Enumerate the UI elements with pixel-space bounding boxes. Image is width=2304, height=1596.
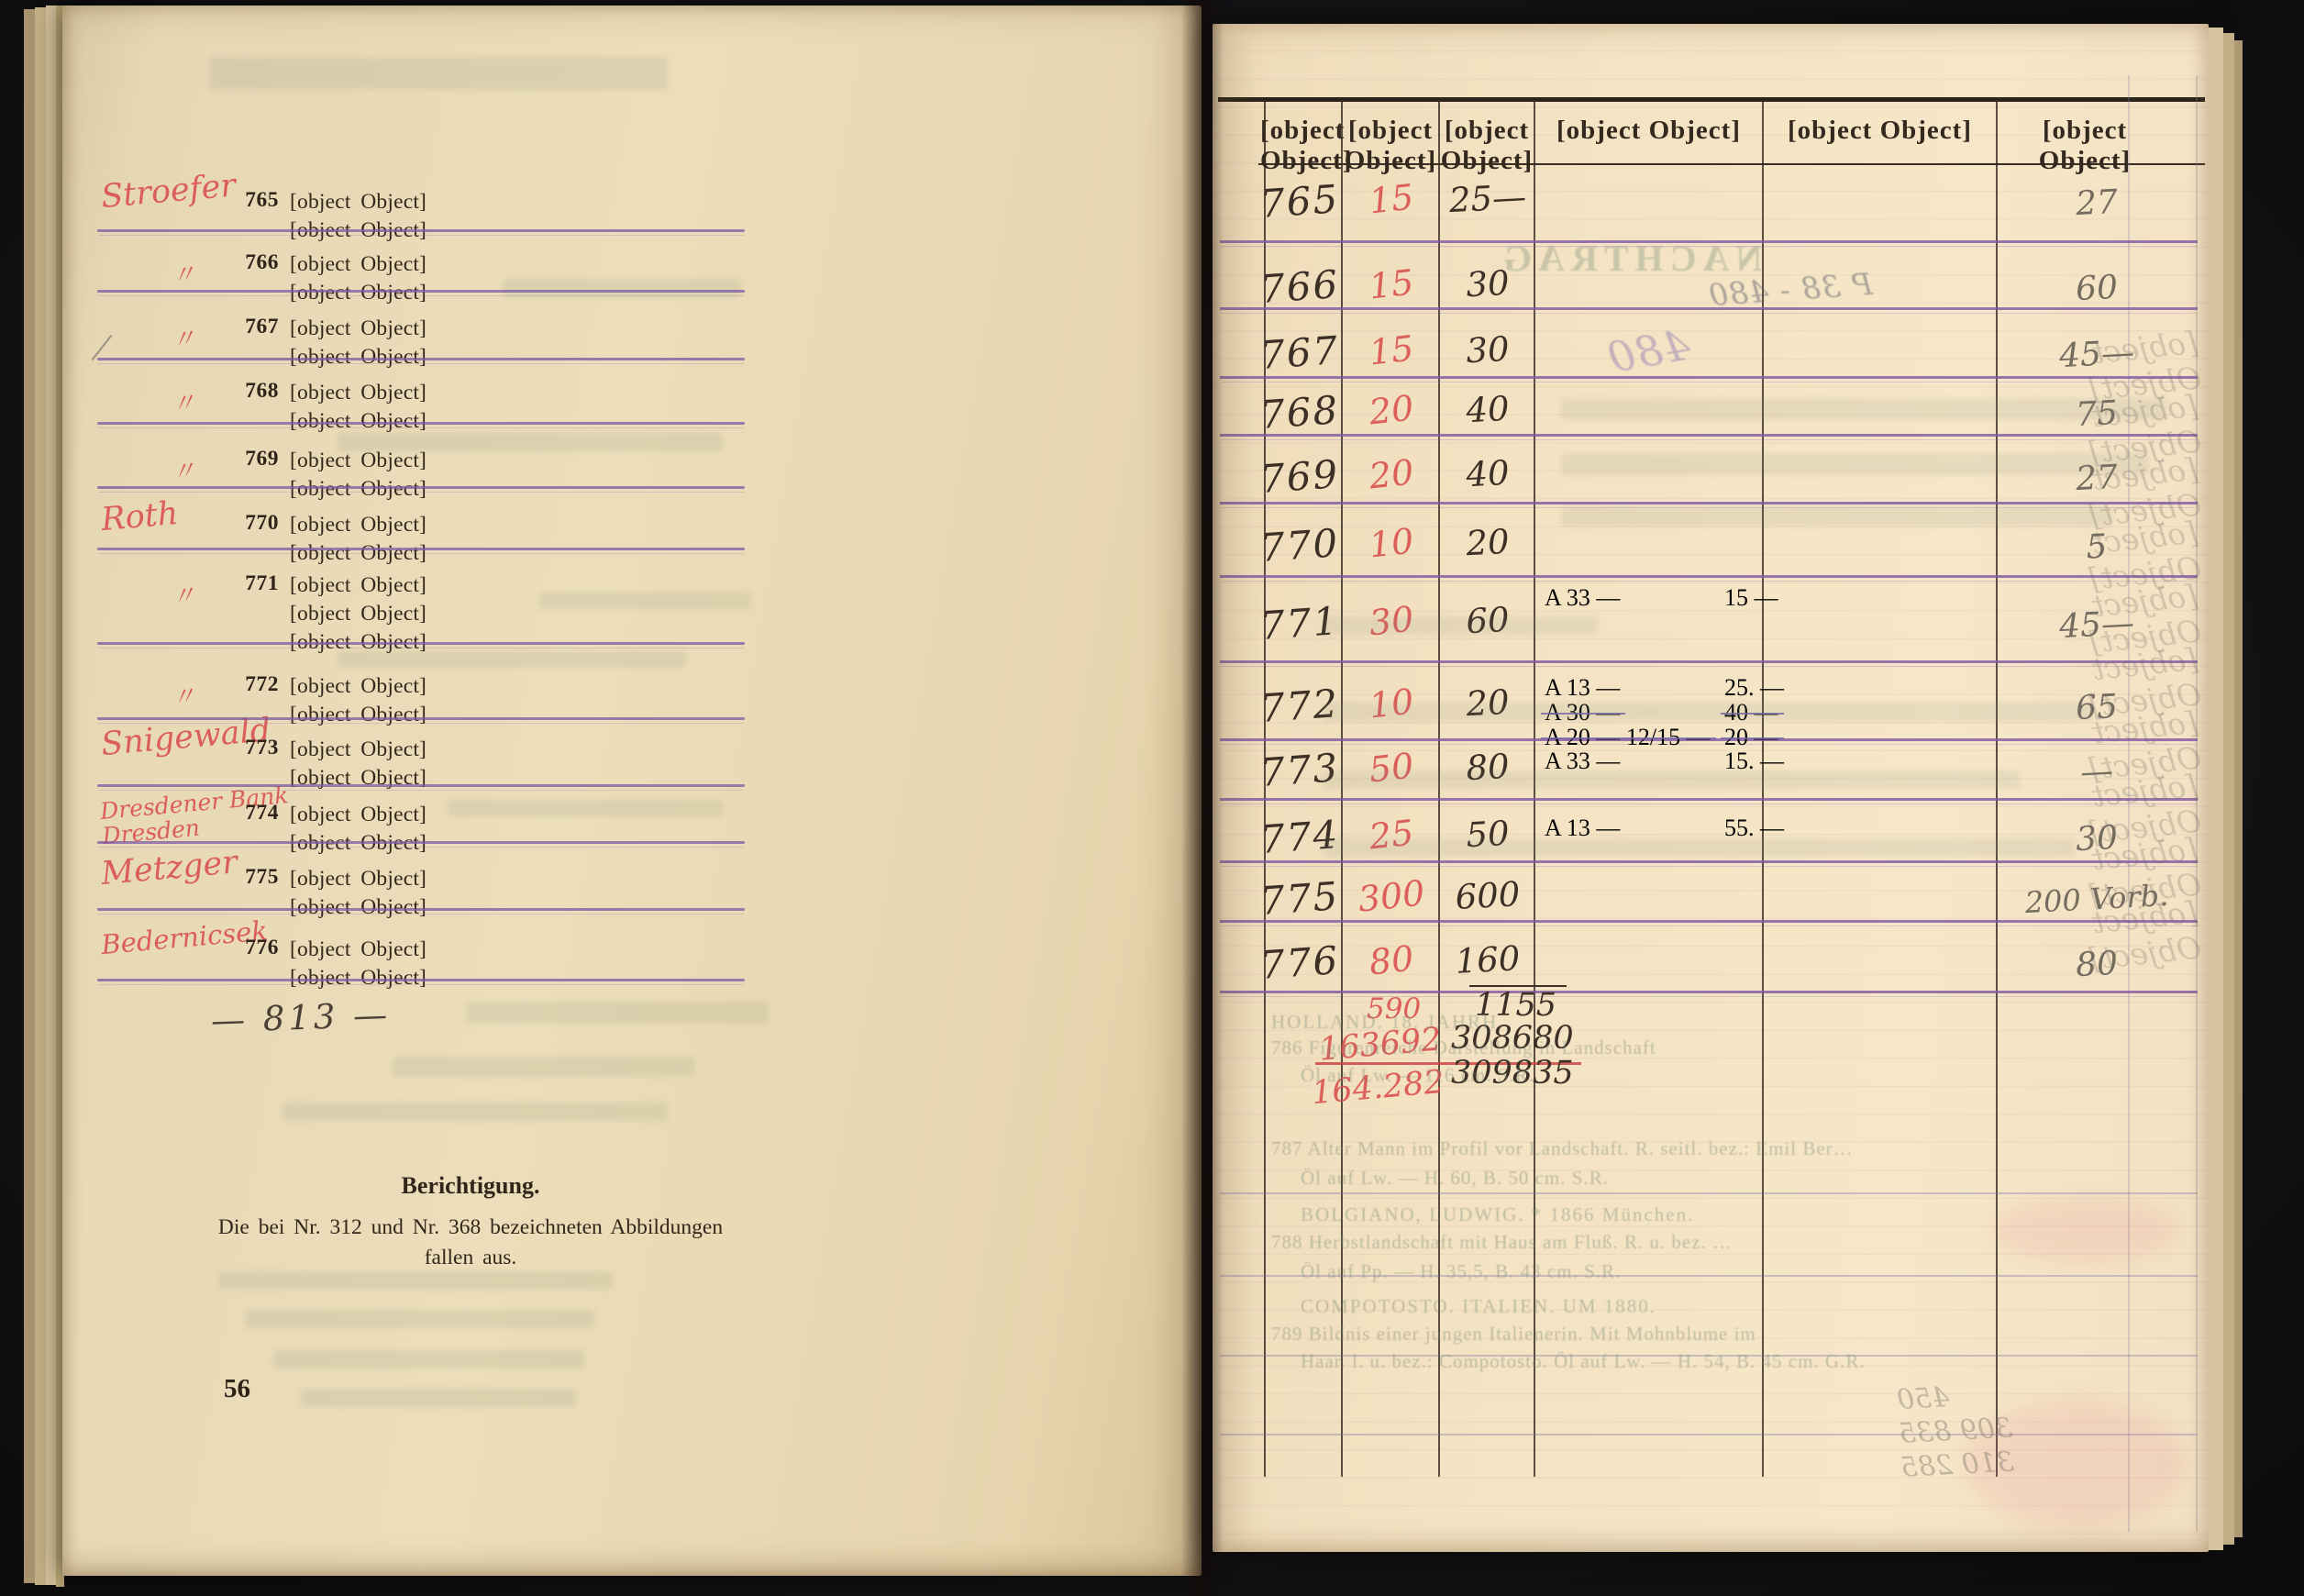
lot-number: 772 [231,672,279,697]
ink-separator [97,229,745,232]
order-bid-line: A 30 — 40 — [1545,701,1847,726]
total-limit-grand: 164.282 [1311,1064,1446,1112]
ledger-row: 771 30 60 A 33 — 15 — 45— [1213,601,2209,669]
lot-number: 773 [231,736,279,760]
ledger-page-right: [object Object][object Object][object Ob… [1213,24,2209,1552]
bleedthrough-lot-number: [object Object] [2132,894,2203,972]
lot-description: [object Object][object Object] [290,188,785,245]
cell-limit: 25 [1346,810,1436,859]
cell-estimate: 30 [1443,262,1533,306]
cell-lot-number: 772 [1258,681,1340,731]
lot-number: 767 [231,315,279,339]
bleedthrough-smudge [539,593,750,609]
auction-catalog-book-photo: Stroefer 765 [object Object][object Obje… [0,0,2304,1596]
row-separator [1220,307,2198,310]
order-bid-line: A 33 — 15. — [1545,749,1847,774]
cell-estimate: 50 [1443,813,1533,857]
lot-description: [object Object][object Object] [290,736,785,792]
bleedthrough-lot-number: [object Object] [2132,388,2203,466]
column-header: [object Object] [1998,116,2172,176]
total-estimate-page: 1155 [1475,987,1556,1024]
bleedthrough-text-line: Öl auf Pp. — H. 35,5, B. 43 cm. S.R. [1301,1260,1621,1283]
lot-description-line: [object Object] [290,279,785,307]
lot-description-line: [object Object] [290,736,785,764]
cell-estimate: 20 [1443,521,1533,565]
buyer-annotation: Metzger [100,842,294,890]
cell-limit: 15 [1346,326,1436,375]
ledger-row: 770 10 20 5 [1213,523,2209,591]
bleedthrough-text-line: BOLGIANO, LUDWIG. * 1866 München. [1301,1203,1694,1226]
total-estimate-grand: 309835 [1451,1055,1574,1092]
bleedthrough-smudge [503,279,741,297]
lot-number: 768 [231,379,279,404]
ink-separator [97,979,745,981]
lot-number: 769 [231,447,279,471]
buyer-annotation: 〃 [170,364,365,422]
lot-description: [object Object][object Object] [290,672,785,729]
bleedthrough-text-line: HOLLAND. 18. JAHRH. [1271,1011,1504,1034]
cell-lot-number: 765 [1258,176,1340,227]
lot-description-line: [object Object] [290,343,785,371]
lot-description-line: [object Object] [290,936,785,964]
order-code: A 13 — [1545,676,1620,700]
ledger-row: 776 80 160 80 [1213,940,2209,1008]
cell-hammer-price: 65 [2013,684,2180,730]
cell-limit: 20 [1346,449,1436,499]
order-bid-line: A 33 — 15 — [1545,586,1847,611]
lot-number: 776 [231,936,279,960]
row-separator [1220,240,2198,243]
ledger-ruling [2196,75,2198,1532]
correction-title: Berichtigung. [172,1172,769,1200]
bleedthrough-smudge [301,1389,576,1407]
lot-number: 765 [231,188,279,213]
ledger-row: 773 50 80 A 33 — 15. — — [1213,748,2209,815]
lot-description-line: [object Object] [290,315,785,343]
cell-estimate: 40 [1443,452,1533,496]
cell-hammer-price: 30 [2013,815,2180,861]
bleedthrough-lot-number: [object Object] [2132,641,2203,719]
lot-description: [object Object][object Object] [290,250,785,307]
bleedthrough-lot-number: [object Object] [2132,515,2203,593]
cell-lot-number: 769 [1258,451,1340,502]
buyer-annotation: 〃 [170,300,365,358]
bleedthrough-smudge [1323,770,2020,789]
bleedthrough-smudge [1323,703,2093,721]
bleedthrough-smudge [1323,838,2075,857]
cell-limit: 30 [1346,596,1436,646]
lot-description-line: [object Object] [290,701,785,729]
order-code: A 33 — [1545,749,1620,773]
buyer-annotation: 〃 [170,658,365,715]
correction-line: Die bei Nr. 312 und Nr. 368 bezeichneten… [172,1213,769,1243]
ledger-row: 769 20 40 27 [1213,454,2209,522]
order-amount: 40 — [1724,701,1778,725]
lot-description-line: [object Object] [290,511,785,539]
bleedthrough-lot-number: [object Object] [2132,325,2203,403]
column-rule [1762,99,1764,1477]
bleedthrough-pencil-note: P 38 - 480 [1707,266,1874,313]
ledger-row: 772 10 20 A 13 — 25. — A 30 — 40 — [1213,683,2209,751]
cell-estimate: 30 [1443,328,1533,372]
ledger-ruling [1220,1434,2198,1435]
cell-lot-number: 766 [1258,261,1340,312]
page-stack-edge [24,9,35,1583]
cell-hammer-price: 27 [2013,455,2180,501]
total-limit-carry: 163692 [1318,1021,1444,1068]
bleedthrough-lot-number: [object Object] [2132,578,2203,656]
ink-separator [97,422,745,425]
cell-lot-number: 768 [1258,387,1340,438]
cell-lot-number: 773 [1258,745,1340,795]
bleedthrough-smudge [1561,506,2111,526]
bleedthrough-text-line: Öl auf Lw. — H. 60, B. 50 cm. S.R. [1301,1167,1609,1190]
bleedthrough-number: 480 [1603,320,1694,383]
ledger-ruling [1220,1192,2198,1194]
order-amount: 20 — [1724,726,1778,749]
order-amount: 15. — [1724,749,1784,773]
lot-description: [object Object][object Object][object Ob… [290,571,785,657]
lot-description-line: [object Object] [290,379,785,407]
lot-description-line: [object Object] [290,628,785,657]
lot-description-line: [object Object] [290,250,785,279]
bleedthrough-smudge [448,800,723,816]
bleedthrough-text-line: 789 Bildnis einer jungen Italienerin. Mi… [1271,1323,1756,1346]
order-amount: 25. — [1724,676,1784,700]
lot-description-line: [object Object] [290,764,785,792]
column-rule [1264,99,1266,1477]
ink-separator [97,908,745,911]
cell-lot-number: 775 [1258,873,1340,924]
ledger-row: 774 25 50 A 13 — 55. — 30 [1213,815,2209,882]
order-code: A 20 — 12/15 — [1545,726,1711,749]
page-stack-edge [35,7,46,1585]
total-estimate-carry: 308680 [1451,1020,1574,1057]
cell-hammer-price: 60 [2013,265,2180,311]
bleedthrough-pink [1965,1400,2185,1528]
red-underline [1315,1062,1581,1065]
order-bid-line: A 13 — 55. — [1545,816,1847,841]
bleedthrough-smudge [338,651,686,668]
lot-description: [object Object][object Object] [290,379,785,436]
lot-description-line: [object Object] [290,865,785,893]
cell-hammer-price: 75 [2013,391,2180,437]
bleedthrough-smudge [218,1271,613,1290]
cell-order-bids: A 13 — 25. — A 30 — 40 — A 20 — 12/15 — … [1545,676,1847,750]
page-stack-edge [2223,33,2234,1545]
lot-description: [object Object][object Object] [290,801,785,858]
cell-hammer-price: 45— [2013,602,2180,648]
bleedthrough-lot-number: [object Object] [2132,451,2203,529]
lot-description-line: [object Object] [290,964,785,992]
order-bid-line: A 20 — 12/15 — 20 — [1545,726,1847,750]
lot-number: 771 [231,571,279,596]
bleedthrough-text-line: 788 Herbstlandschaft mit Haus am Fluß. R… [1271,1231,1733,1254]
cell-lot-number: 767 [1258,327,1340,378]
lot-description-line: [object Object] [290,829,785,858]
cell-hammer-price: — [2013,748,2180,794]
cell-limit: 300 [1346,871,1436,921]
order-amount: 55. — [1724,816,1784,840]
cell-hammer-price: 5 [2013,524,2180,570]
cell-estimate: 160 [1443,938,1533,982]
table-top-rule [1218,97,2205,102]
lot-number: 766 [231,250,279,275]
cell-estimate: 60 [1443,599,1533,643]
cell-order-bids: A 13 — 55. — [1545,816,1847,841]
lot-number: 770 [231,511,279,536]
bleedthrough-smudge [1561,453,2148,475]
bleedthrough-smudge [246,1310,594,1328]
cell-estimate: 20 [1443,682,1533,726]
correction-notice: Berichtigung. Die bei Nr. 312 und Nr. 36… [172,1172,769,1273]
column-rule [1341,99,1343,1477]
cell-lot-number: 776 [1258,937,1340,988]
cell-estimate: 80 [1443,746,1533,790]
column-header: [object Object] [1343,116,1438,176]
ink-separator [97,841,745,844]
bleedthrough-smudge [393,1057,695,1077]
ink-separator [97,642,745,645]
bleedthrough-smudge [282,1103,668,1121]
bleedthrough-total-stack: 450 309 835 310 285 [1896,1376,2039,1485]
page-stack-edge [2209,28,2223,1550]
lot-description: [object Object][object Object] [290,511,785,568]
cell-hammer-price: 80 [2013,941,2180,987]
column-rule [1438,99,1440,1477]
lot-number: 774 [231,801,279,826]
cell-limit: 20 [1346,385,1436,435]
cell-lot-number: 770 [1258,520,1340,571]
cell-limit: 10 [1346,518,1436,568]
bleedthrough-text-line: 786 Figurenreiche Darstellung in Landsch… [1271,1036,1656,1059]
buyer-annotation: 〃 [170,236,365,294]
row-separator [1220,991,2198,993]
ink-separator [97,358,745,360]
cell-limit: 15 [1346,174,1436,224]
ink-separator [97,717,745,720]
lot-description-line: [object Object] [290,801,785,829]
pencil-mark [92,335,113,360]
ledger-row: 768 20 40 75 [1213,390,2209,458]
row-separator [1220,920,2198,923]
bleedthrough-lot-number: [object Object] [2132,768,2203,846]
bleedthrough-smudge [466,1002,769,1024]
buyer-annotation: Stroefer [100,165,294,213]
page-stack-edge [2234,40,2243,1537]
book-gutter-shadow [1181,0,1224,1596]
lot-description-line: [object Object] [290,475,785,504]
order-code: A 13 — [1545,816,1620,840]
bleedthrough-smudge [1561,398,2166,420]
lot-description: [object Object][object Object] [290,315,785,371]
cell-lot-number: 774 [1258,812,1340,862]
row-separator [1220,376,2198,379]
page-stack-edge [46,6,56,1585]
bleedthrough-lot-number: [object Object] [2132,831,2203,909]
row-separator [1220,738,2198,741]
bleedthrough-smudge [273,1350,585,1369]
ledger-row: 766 15 30 60 [1213,264,2209,332]
row-separator [1220,860,2198,863]
ledger-row: 767 15 30 45— [1213,330,2209,398]
lot-description-line: [object Object] [290,571,785,600]
buyer-annotation: Roth [100,488,294,536]
correction-line: fallen aus. [172,1243,769,1273]
bleedthrough-lot-number: [object Object] [2132,704,2203,782]
cell-estimate: 25— [1443,177,1533,221]
lot-description: [object Object][object Object] [290,447,785,504]
column-header: [object Object] [1260,116,1343,176]
cell-hammer-price: 27 [2013,180,2180,226]
lot-description: [object Object][object Object] [290,936,785,992]
bleedthrough-text-line: Haar. l. u. bez.: Compotosto. Öl auf Lw.… [1301,1350,1866,1373]
bleedthrough-text-line: COMPOTOSTO. ITALIEN. UM 1880. [1301,1295,1656,1318]
lot-description-line: [object Object] [290,216,785,245]
lot-number: 775 [231,865,279,890]
cell-order-bids: A 33 — 15 — [1545,586,1847,611]
ledger-ruling [1220,1275,2198,1277]
column-header: [object Object] [1440,116,1534,176]
cell-limit: 50 [1346,743,1436,792]
catalog-page-left: Stroefer 765 [object Object][object Obje… [62,6,1202,1576]
column-header: [object Object] [1535,116,1762,146]
column-header: [object Object] [1764,116,1996,146]
lot-description-line: [object Object] [290,188,785,216]
cell-hammer-price: 200 Vorb. [2013,877,2180,920]
bleedthrough-nachtrag: NACHTRAG [1497,237,1762,280]
cell-estimate: 40 [1443,388,1533,432]
lot-description-line: [object Object] [290,447,785,475]
column-rule [1996,99,1998,1477]
bleedthrough-smudge [209,57,668,90]
lot-description-line: [object Object] [290,893,785,922]
page-sum-note: — 813 — [210,995,392,1041]
order-code: A 30 — [1545,701,1620,725]
lot-description: [object Object][object Object] [290,865,785,922]
buyer-annotation: 〃 [170,432,365,490]
order-code: A 33 — [1545,586,1620,610]
lot-description-line: [object Object] [290,407,785,436]
cell-hammer-price: 45— [2013,331,2180,377]
ink-separator [97,486,745,489]
cell-limit: 15 [1346,260,1436,309]
buyer-annotation: 〃 [170,557,365,615]
ledger-ruling [1220,1355,2198,1357]
bleedthrough-smudge [338,433,723,451]
row-separator [1220,660,2198,663]
row-separator [1220,798,2198,801]
lot-description-line: [object Object] [290,539,785,568]
order-amount: 15 — [1724,586,1778,610]
column-rule [1534,99,1535,1477]
lot-description-line: [object Object] [290,600,785,628]
cell-limit: 80 [1346,936,1436,985]
row-separator [1220,434,2198,437]
bleedthrough-text-line: Öl auf Lw. — 116 cm. S.R. [1301,1064,1534,1087]
row-separator [1220,575,2198,578]
ink-separator [97,784,745,787]
bleedthrough-text-line: 787 Alter Mann im Profil vor Landschaft.… [1271,1137,1854,1160]
buyer-annotation: Dresdener Bank Dresden [99,781,314,848]
total-limit-page: 590 [1367,992,1421,1025]
page-number: 56 [224,1374,250,1404]
lot-description-line: [object Object] [290,672,785,701]
buyer-annotation: Bedernicsek [100,913,294,960]
bleedthrough-pink [1992,1198,2176,1262]
bleedthrough-smudge [1323,616,1598,635]
ink-separator [97,290,745,293]
cell-order-bids: A 33 — 15. — [1545,749,1847,774]
cell-lot-number: 771 [1258,598,1340,648]
buyer-annotation: Snigewald [100,713,294,760]
table-header-rule [1258,163,2205,165]
row-separator [1220,502,2198,504]
ink-separator [97,548,745,550]
ledger-row: 775 300 600 200 Vorb. [1213,876,2209,944]
sum-rule [1469,985,1567,987]
cell-limit: 10 [1346,679,1436,728]
ledger-ruling [2128,75,2130,1532]
ledger-row: 765 15 25— 27 [1213,179,2209,247]
cell-estimate: 600 [1443,874,1533,918]
order-bid-line: A 13 — 25. — [1545,676,1847,701]
